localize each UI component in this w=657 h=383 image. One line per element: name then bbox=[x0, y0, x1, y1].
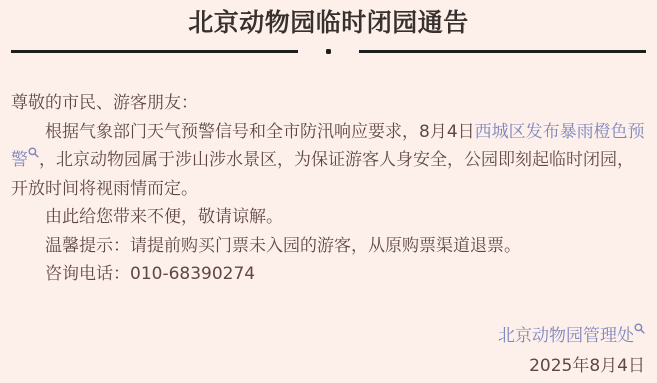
management-office-label: 北京动物园管理处 bbox=[498, 326, 634, 346]
search-icon[interactable] bbox=[28, 147, 39, 158]
phone-label: 咨询电话： bbox=[45, 264, 130, 284]
signature-name-row: 北京动物园管理处 bbox=[12, 321, 645, 351]
management-office-link[interactable]: 北京动物园管理处 bbox=[498, 326, 645, 346]
divider-line-right bbox=[359, 50, 646, 53]
page-title: 北京动物园临时闭园通告 bbox=[0, 8, 657, 38]
notice-card: 北京动物园临时闭园通告 尊敬的市民、游客朋友： 根据气象部门天气预警信号和全市防… bbox=[0, 0, 657, 383]
title-divider bbox=[0, 49, 657, 54]
paragraph-closure: 根据气象部门天气预警信号和全市防汛响应要求，8月4日西城区发布暴雨橙色预警，北京… bbox=[11, 118, 646, 204]
notice-body: 尊敬的市民、游客朋友： 根据气象部门天气预警信号和全市防汛响应要求，8月4日西城… bbox=[0, 89, 657, 289]
divider-dot bbox=[326, 49, 331, 54]
phone-number: 010-68390274 bbox=[130, 264, 255, 284]
paragraph-refund-tip: 温馨提示：请提前购买门票未入园的游客，从原购票渠道退票。 bbox=[11, 232, 646, 261]
paragraph-phone: 咨询电话：010-68390274 bbox=[11, 260, 646, 289]
paragraph-closure-text-2: ，北京动物园属于涉山涉水景区，为保证游客人身安全，公园即刻起临时闭园，开放时间将… bbox=[11, 150, 634, 199]
signature-date: 2025年8月4日 bbox=[12, 351, 645, 381]
salutation: 尊敬的市民、游客朋友： bbox=[11, 89, 646, 118]
paragraph-apology: 由此给您带来不便，敬请谅解。 bbox=[11, 203, 646, 232]
divider-line-left bbox=[11, 50, 298, 53]
search-icon[interactable] bbox=[634, 323, 645, 334]
signature-block: 北京动物园管理处 2025年8月4日 bbox=[0, 321, 657, 381]
paragraph-closure-text-1: 根据气象部门天气预警信号和全市防汛响应要求，8月4日 bbox=[45, 122, 475, 142]
